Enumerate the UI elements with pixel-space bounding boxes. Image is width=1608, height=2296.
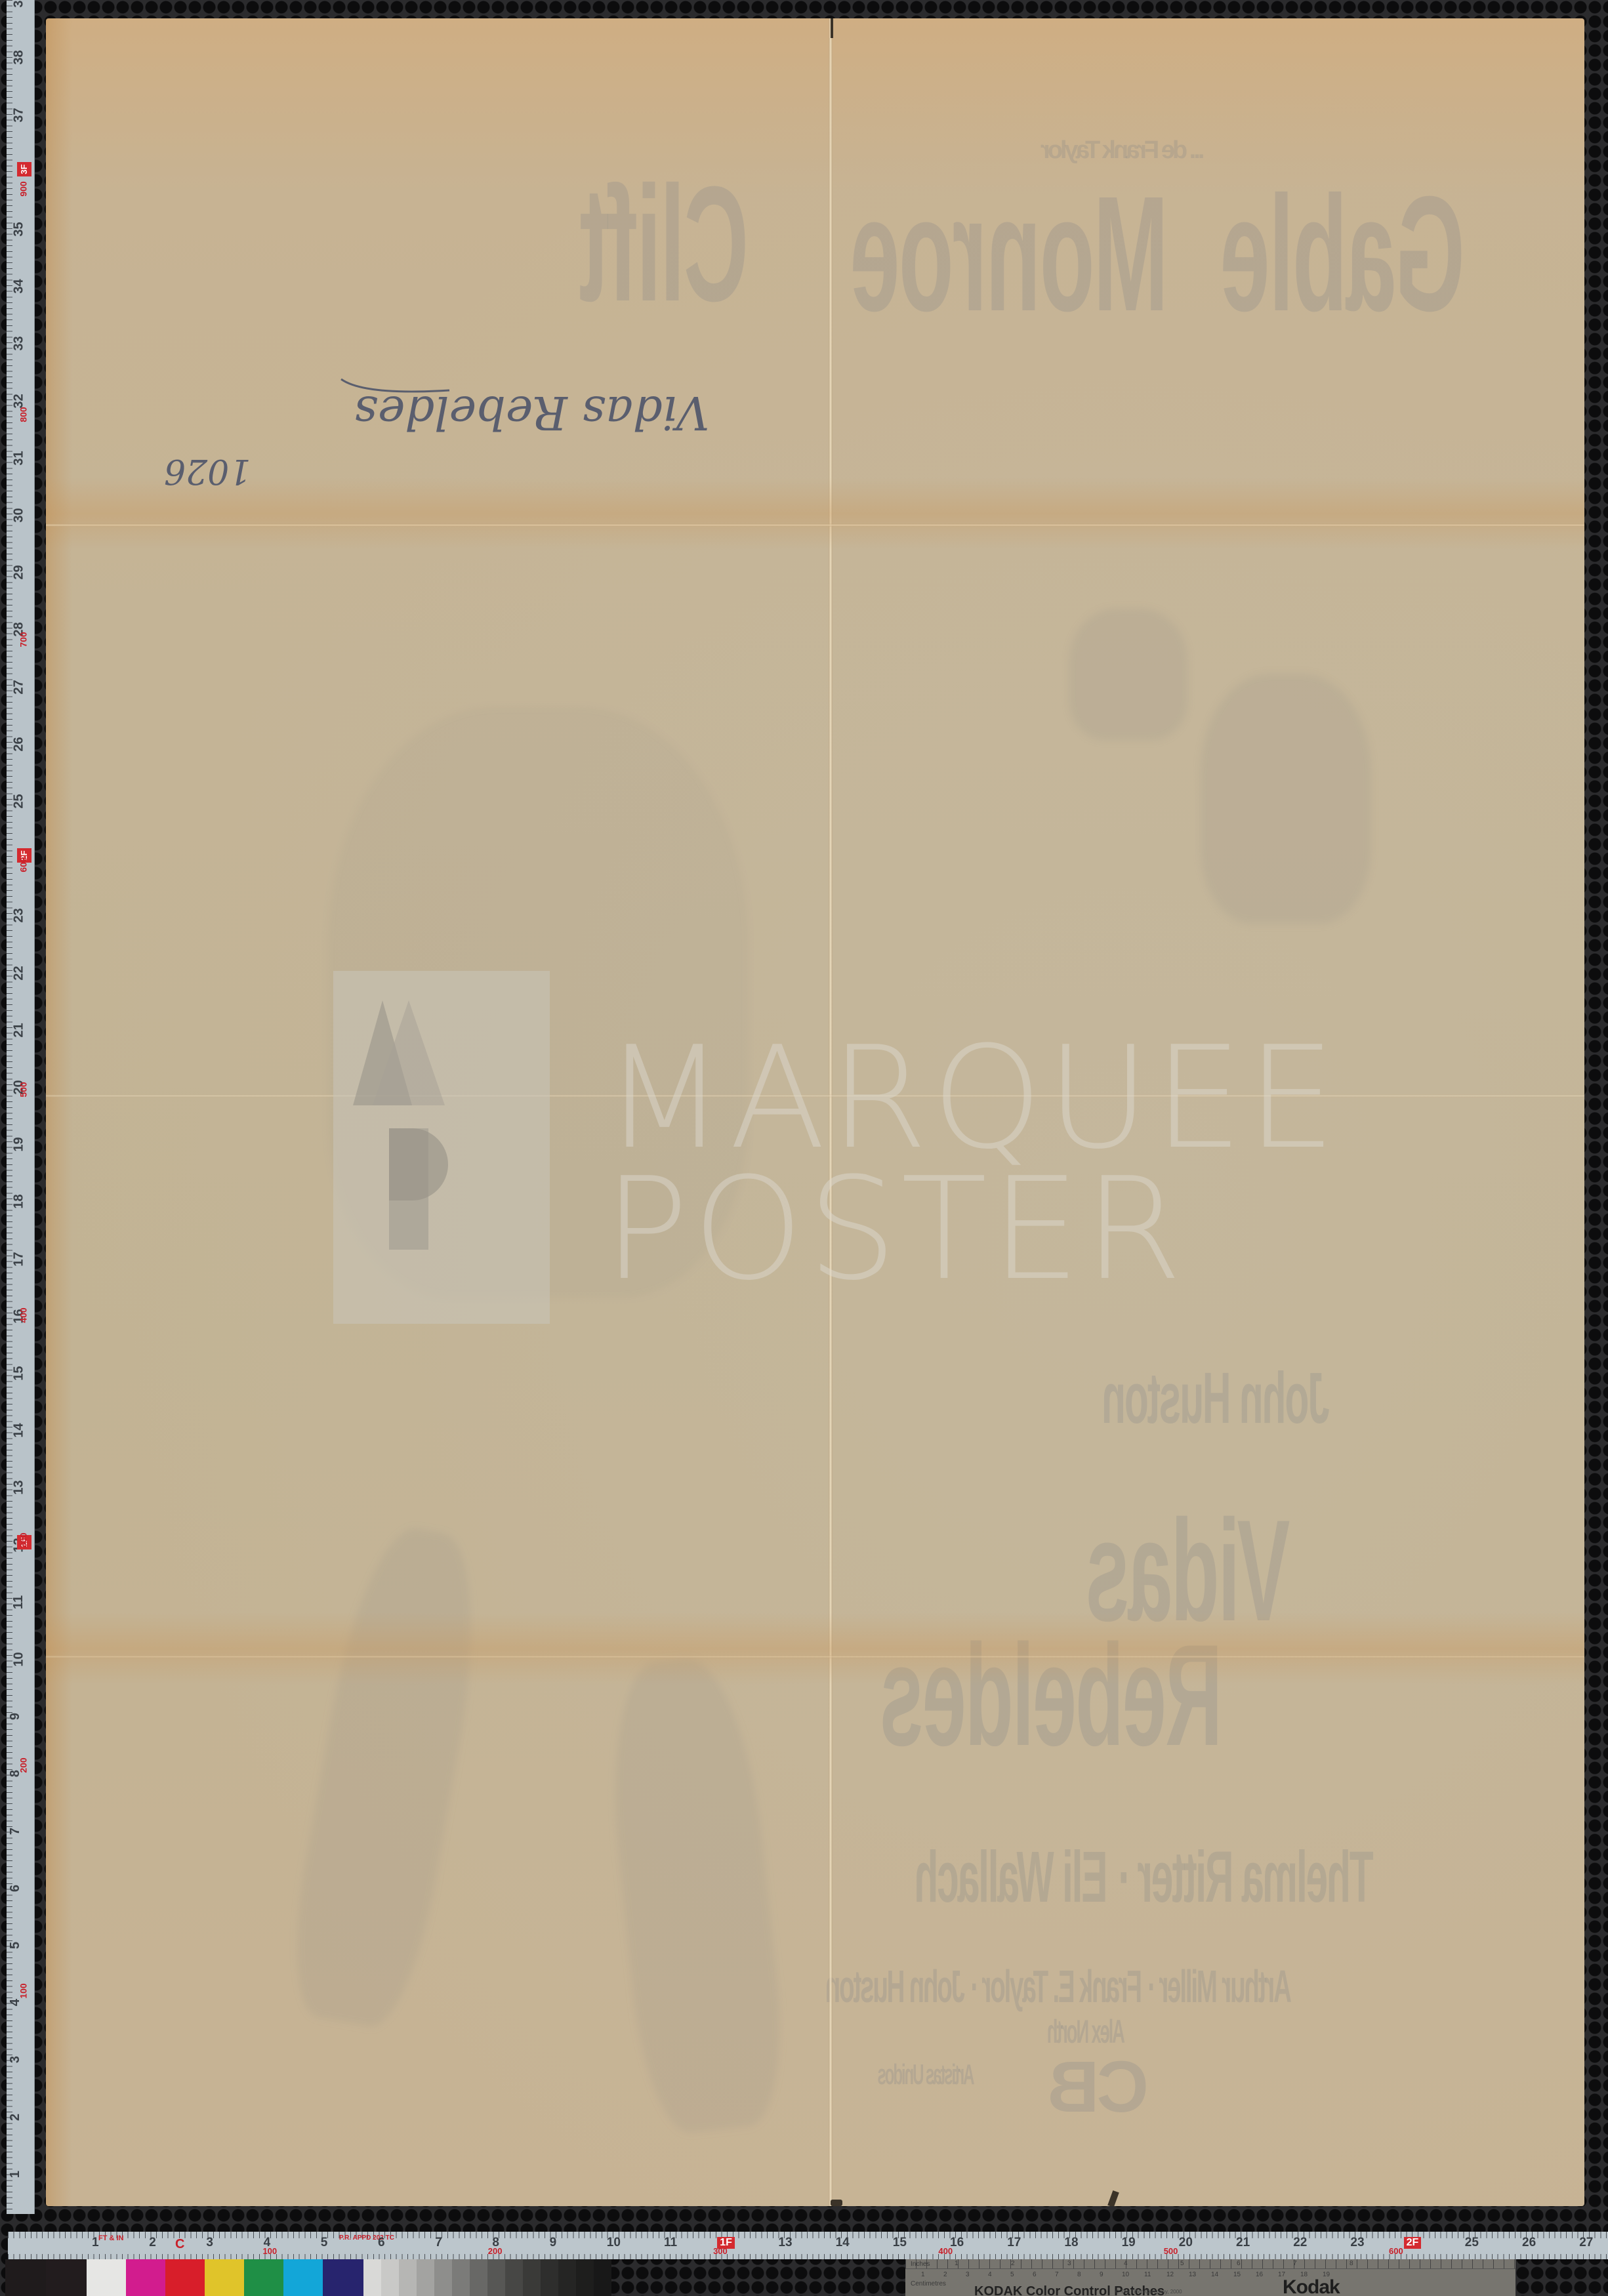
watermark-logo (333, 971, 550, 1324)
ruler-ticks (8, 2232, 1608, 2238)
ruler-inch-label: 5 (8, 1942, 23, 1949)
color-patch-green (244, 2259, 283, 2296)
kodak-cm-number: 1 (921, 2271, 925, 2278)
ruler-inch-label: 13 (778, 2236, 792, 2250)
ruler-inch-label: 21 (12, 1023, 27, 1037)
kodak-cm-number: 12 (1166, 2271, 1174, 2278)
ruler-inch-label: 2 (8, 2114, 23, 2121)
kodak-cm-number: 19 (1323, 2271, 1330, 2278)
ruler-inch-label: 35 (12, 222, 27, 236)
watermark-p-bowl (389, 1128, 448, 1200)
ruler-inch-label: 33 (12, 337, 27, 351)
ruler-approval-label: P.R. APPD 202 TC (339, 2234, 394, 2242)
kodak-cm-label: Centimetres (911, 2280, 946, 2287)
color-patch-gray-9 (523, 2259, 541, 2296)
color-patch-gray-13 (594, 2259, 611, 2296)
ruler-inch-label: 31 (12, 451, 27, 465)
ruler-inch-label: 22 (1293, 2236, 1307, 2250)
ruler-ticks (8, 2254, 1608, 2259)
kodak-inch-number: 1 (955, 2260, 959, 2267)
kodak-cm-number: 18 (1300, 2271, 1308, 2278)
ruler-foot-mark: 2F (1404, 2237, 1422, 2249)
kodak-cm-number: 2 (943, 2271, 947, 2278)
edge-tear (831, 18, 833, 38)
ruler-inch-label: 30 (12, 508, 27, 522)
ruler-cm-label: 800 (18, 407, 29, 422)
kodak-cm-number: 13 (1189, 2271, 1196, 2278)
kodak-inch-number: 4 (1124, 2260, 1128, 2267)
ruler-inch-label: 34 (12, 279, 27, 294)
color-patch-gray-6 (470, 2259, 487, 2296)
ruler-cm-label: 200 (18, 1758, 29, 1773)
ruler-cm-label: 300 (713, 2246, 728, 2256)
ruler-inch-label: 19 (12, 1138, 27, 1152)
kodak-cm-number: 14 (1211, 2271, 1218, 2278)
ruler-inch-label: 15 (12, 1366, 27, 1380)
ruler-inch-label: 18 (1064, 2236, 1078, 2250)
color-patch-white (87, 2259, 126, 2296)
ruler-cm-label: 700 (18, 632, 29, 647)
kodak-inches-label: Inches (911, 2261, 930, 2268)
ruler-cm-label: 500 (18, 1082, 29, 1097)
kodak-cm-number: 10 (1122, 2271, 1129, 2278)
ghost-credits: Arthur Miller · Frank E. Taylor · John H… (827, 1960, 1292, 2013)
color-patch-blue (323, 2259, 363, 2296)
ruler-inch-label: 27 (12, 680, 27, 694)
ruler-inch-label: 2 (149, 2236, 156, 2250)
kodak-cm-number: 4 (988, 2271, 992, 2278)
ruler-inch-label: 6 (8, 1885, 23, 1892)
kodak-cm-number: 17 (1278, 2271, 1285, 2278)
edge-tear (831, 2200, 842, 2206)
color-patch-black (5, 2259, 46, 2296)
watermark-text-line-2: POSTER (604, 1147, 1186, 1311)
kodak-inch-scale (905, 2259, 1515, 2269)
kodak-cm-number: 8 (1077, 2271, 1081, 2278)
color-patch-cyan (283, 2259, 323, 2296)
ghost-portrait-shape (1201, 674, 1371, 924)
ruler-inch-label: 38 (12, 51, 27, 65)
color-patch-black-2 (46, 2259, 87, 2296)
kodak-cm-number: 15 (1233, 2271, 1241, 2278)
ruler-inch-label: 27 (1579, 2236, 1593, 2250)
left-tape-ruler: 3938373534333231302928272625232221201918… (7, 0, 35, 2214)
bottom-tape-ruler: FT & IN C P.R. APPD 202 TC 1234567891011… (8, 2232, 1608, 2259)
edge-stain (46, 18, 72, 2206)
kodak-cm-number: 9 (1100, 2271, 1103, 2278)
ruler-inch-label: 37 (12, 108, 27, 122)
color-patch-gray-11 (558, 2259, 576, 2296)
ruler-cm-label: 600 (18, 857, 29, 872)
color-patch-gray-5 (452, 2259, 470, 2296)
color-patch-gray-12 (576, 2259, 594, 2296)
ruler-inch-label: 18 (12, 1195, 27, 1209)
ruler-inch-label: 39 (12, 0, 27, 8)
ruler-inch-label: 29 (12, 565, 27, 580)
poster-sheet: ... de Frank Taylor Gable Monroe Clift J… (46, 18, 1584, 2206)
ruler-c-mark: C (175, 2237, 184, 2252)
ghost-star-clift: Clift (581, 150, 749, 338)
color-patch-gray-1 (381, 2259, 399, 2296)
ruler-cm-label: 200 (488, 2246, 503, 2256)
ruler-inch-label: 1 (8, 2171, 23, 2178)
ruler-cm-label: 900 (18, 182, 29, 197)
ruler-inch-label: 9 (550, 2236, 557, 2250)
ruler-inch-label: 26 (1522, 2236, 1536, 2250)
kodak-cm-number: 16 (1256, 2271, 1263, 2278)
ruler-inch-label: 7 (8, 1828, 23, 1835)
handwritten-underline (338, 376, 456, 402)
ruler-inch-label: 14 (12, 1424, 27, 1438)
ruler-inch-label: 9 (8, 1713, 23, 1720)
ruler-inch-label: 17 (1007, 2236, 1021, 2250)
ruler-cm-label: 400 (938, 2246, 953, 2256)
fold-stain (46, 478, 1584, 550)
kodak-inch-number: 6 (1237, 2260, 1241, 2267)
color-patch-gray-2 (399, 2259, 417, 2296)
color-patch-yellow (205, 2259, 244, 2296)
ruler-inch-label: 1 (92, 2236, 99, 2250)
ruler-inch-label: 21 (1236, 2236, 1250, 2250)
kodak-inch-number: 2 (1011, 2260, 1015, 2267)
fold-stain (46, 1612, 1584, 1685)
kodak-copyright: © The Tiffen Company, 2000 (1115, 2289, 1182, 2295)
color-patch-magenta (126, 2259, 165, 2296)
ruler-inch-label: 3 (206, 2236, 213, 2250)
kodak-cm-number: 6 (1033, 2271, 1037, 2278)
ruler-cm-label: 600 (1389, 2246, 1403, 2256)
color-patch-gray-3 (417, 2259, 434, 2296)
ruler-cm-label: 500 (1164, 2246, 1178, 2256)
ruler-brand-label: FT & IN (98, 2234, 124, 2242)
ruler-inch-label: 25 (1465, 2236, 1479, 2250)
ruler-cm-label: 400 (18, 1307, 29, 1322)
ruler-inch-label: 23 (12, 909, 27, 923)
ruler-inch-label: 6 (378, 2236, 385, 2250)
ruler-inch-label: 14 (836, 2236, 850, 2250)
ghost-costars: Thelma Ritter · Eli Wallach (916, 1835, 1374, 1919)
watermark-triangle-icon (373, 1000, 445, 1105)
kodak-inch-number: 3 (1067, 2260, 1071, 2267)
color-patch-gray-8 (505, 2259, 523, 2296)
ghost-star-monroe: Monroe (852, 159, 1168, 348)
kodak-inch-number: 8 (1350, 2260, 1353, 2267)
ruler-inch-label: 26 (12, 737, 27, 751)
color-patch-gray-7 (487, 2259, 505, 2296)
ghost-distributor-badge: Artistas Unidos (879, 2059, 975, 2091)
color-patch-red (165, 2259, 205, 2296)
color-control-patches (5, 2259, 611, 2296)
ruler-inch-label: 17 (12, 1252, 27, 1266)
ghost-portrait-shape (1069, 609, 1187, 740)
ruler-foot-mark: 3F (17, 162, 31, 176)
kodak-cm-number: 5 (1010, 2271, 1014, 2278)
ruler-inch-label: 19 (1122, 2236, 1136, 2250)
kodak-cm-number: 11 (1144, 2271, 1151, 2278)
ruler-inch-label: 11 (664, 2236, 677, 2250)
ruler-inch-label: 15 (893, 2236, 907, 2250)
color-patch-gray-a (363, 2259, 381, 2296)
ruler-cm-label: 100 (18, 1983, 29, 1998)
ruler-inch-label: 32 (12, 394, 27, 408)
ruler-inch-label: 4 (8, 1999, 23, 2006)
ruler-cm-label: 100 (262, 2246, 277, 2256)
ruler-inch-label: 3 (8, 2056, 23, 2063)
ruler-inch-label: 10 (12, 1652, 27, 1666)
kodak-control-strip: Inches Centimetres KODAK Color Control P… (905, 2259, 1515, 2296)
ruler-inch-label: 5 (321, 2236, 328, 2250)
ruler-inch-label: 20 (1179, 2236, 1193, 2250)
ruler-inch-label: 13 (12, 1481, 27, 1495)
color-patch-gray-10 (541, 2259, 558, 2296)
kodak-inch-number: 7 (1293, 2260, 1297, 2267)
ruler-inch-label: 10 (607, 2236, 621, 2250)
ruler-ticks (7, 0, 34, 2214)
kodak-cm-number: 3 (966, 2271, 970, 2278)
ruler-inch-label: 22 (12, 966, 27, 980)
ruler-cm-label: 300 (18, 1532, 29, 1548)
ghost-director: John Huston (1103, 1357, 1329, 1440)
ruler-inch-label: 25 (12, 794, 27, 808)
ruler-inch-label: 7 (435, 2236, 442, 2250)
ruler-inch-label: 23 (1350, 2236, 1364, 2250)
kodak-brand-logo: Kodak (1283, 2276, 1340, 2296)
ghost-rating-badge: CB (1050, 2045, 1149, 2129)
ghost-star-gable: Gable (1222, 159, 1465, 348)
kodak-inch-number: 5 (1180, 2260, 1184, 2267)
color-patch-gray-4 (434, 2259, 452, 2296)
ruler-inch-label: 11 (11, 1595, 26, 1609)
handwritten-number: 1026 (164, 451, 251, 491)
kodak-cm-number: 7 (1055, 2271, 1059, 2278)
